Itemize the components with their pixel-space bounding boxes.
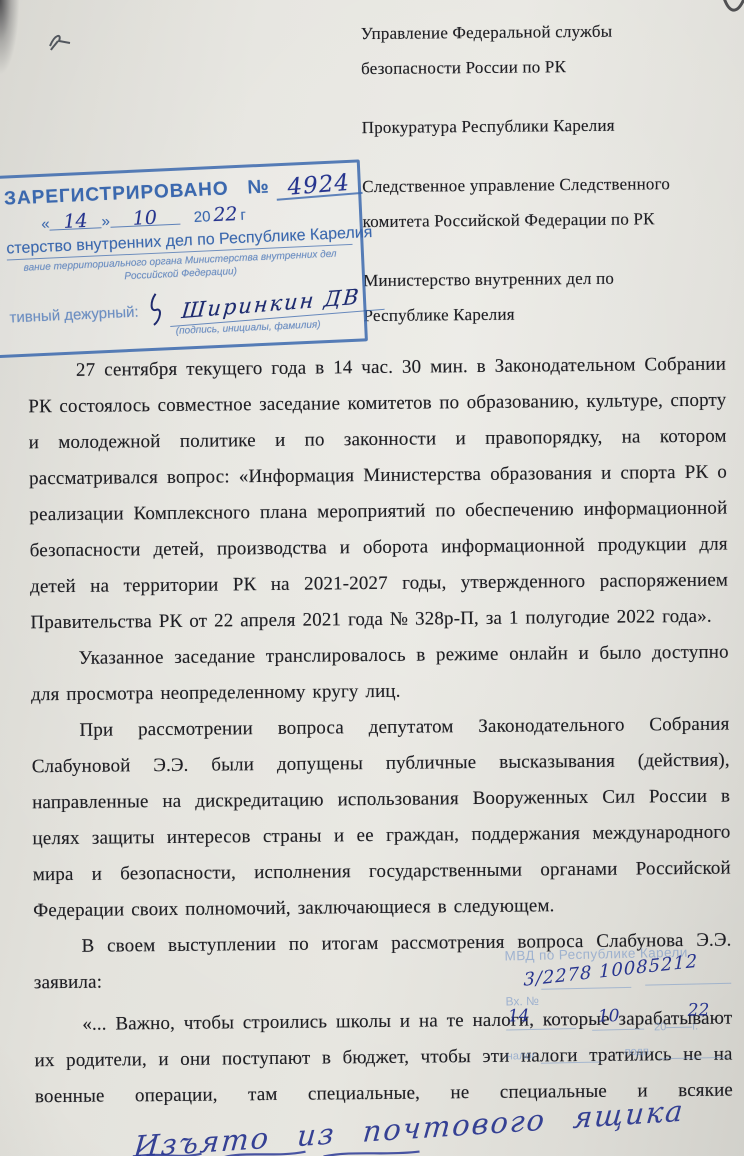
incoming-stamp: МВД по Республике Карели Вх. № 3/2278 10… bbox=[504, 944, 744, 1101]
incoming-underline bbox=[659, 1056, 729, 1059]
paragraph-statements: При рассмотрении вопроса депутатом Закон… bbox=[31, 707, 731, 930]
stamp-org-caption-line2: Российской Федерации) bbox=[124, 266, 237, 282]
incoming-fragment-left: налог bbox=[507, 1050, 536, 1063]
stamp-number-value: 4924 bbox=[275, 172, 362, 201]
incoming-year-prefix: 20 bbox=[654, 1021, 666, 1033]
incoming-underline bbox=[541, 1061, 601, 1064]
incoming-underline bbox=[592, 1028, 644, 1031]
stamp-date-day: 14 bbox=[49, 213, 102, 230]
addressee-prosecutor: Прокуратура Республики Карелия bbox=[362, 107, 734, 146]
paragraph-session: 27 сентября текущего года в 14 час. 30 м… bbox=[28, 347, 729, 642]
stamp-number-label: № bbox=[247, 177, 270, 199]
scanned-document-page: Управление Федеральной службы безопаснос… bbox=[0, 0, 744, 1156]
registration-stamp: ЗАРЕГИСТРИРОВАНО № 4924 «14»102022г стер… bbox=[0, 159, 368, 358]
incoming-date-day: 14 bbox=[508, 1006, 530, 1026]
stamp-registered-label: ЗАРЕГИСТРИРОВАНО bbox=[4, 178, 230, 209]
incoming-underline bbox=[666, 1026, 692, 1029]
stamp-date-year: 22 bbox=[210, 207, 241, 222]
incoming-fragment-right: подп. bbox=[625, 1045, 653, 1058]
paragraph-broadcast: Указанное заседание транслировалось в ре… bbox=[31, 635, 730, 714]
addressee-investigative-committee: Следственное управление Следственного ко… bbox=[362, 166, 735, 240]
stamp-year-prefix: 20 bbox=[193, 208, 210, 226]
incoming-year-suffix: г. bbox=[692, 1020, 698, 1032]
signature-flourish-icon bbox=[148, 291, 166, 326]
incoming-underline bbox=[506, 1027, 576, 1030]
addressee-fsb: Управление Федеральной службы безопаснос… bbox=[361, 13, 734, 87]
stamp-year-suffix: г bbox=[240, 207, 246, 224]
incoming-underline bbox=[645, 982, 731, 986]
incoming-date-year: 22 bbox=[688, 1000, 710, 1020]
incoming-year-print: 20г. bbox=[654, 1020, 698, 1033]
stamp-date-month: 10 bbox=[110, 210, 181, 228]
incoming-date-month: 10 bbox=[598, 1006, 620, 1026]
addressee-block: Управление Федеральной службы безопаснос… bbox=[361, 13, 736, 358]
addressee-mvd: Министерство внутренних дел по Республик… bbox=[363, 260, 736, 334]
stamp-duty-label: тивный дежурный: bbox=[9, 304, 139, 327]
